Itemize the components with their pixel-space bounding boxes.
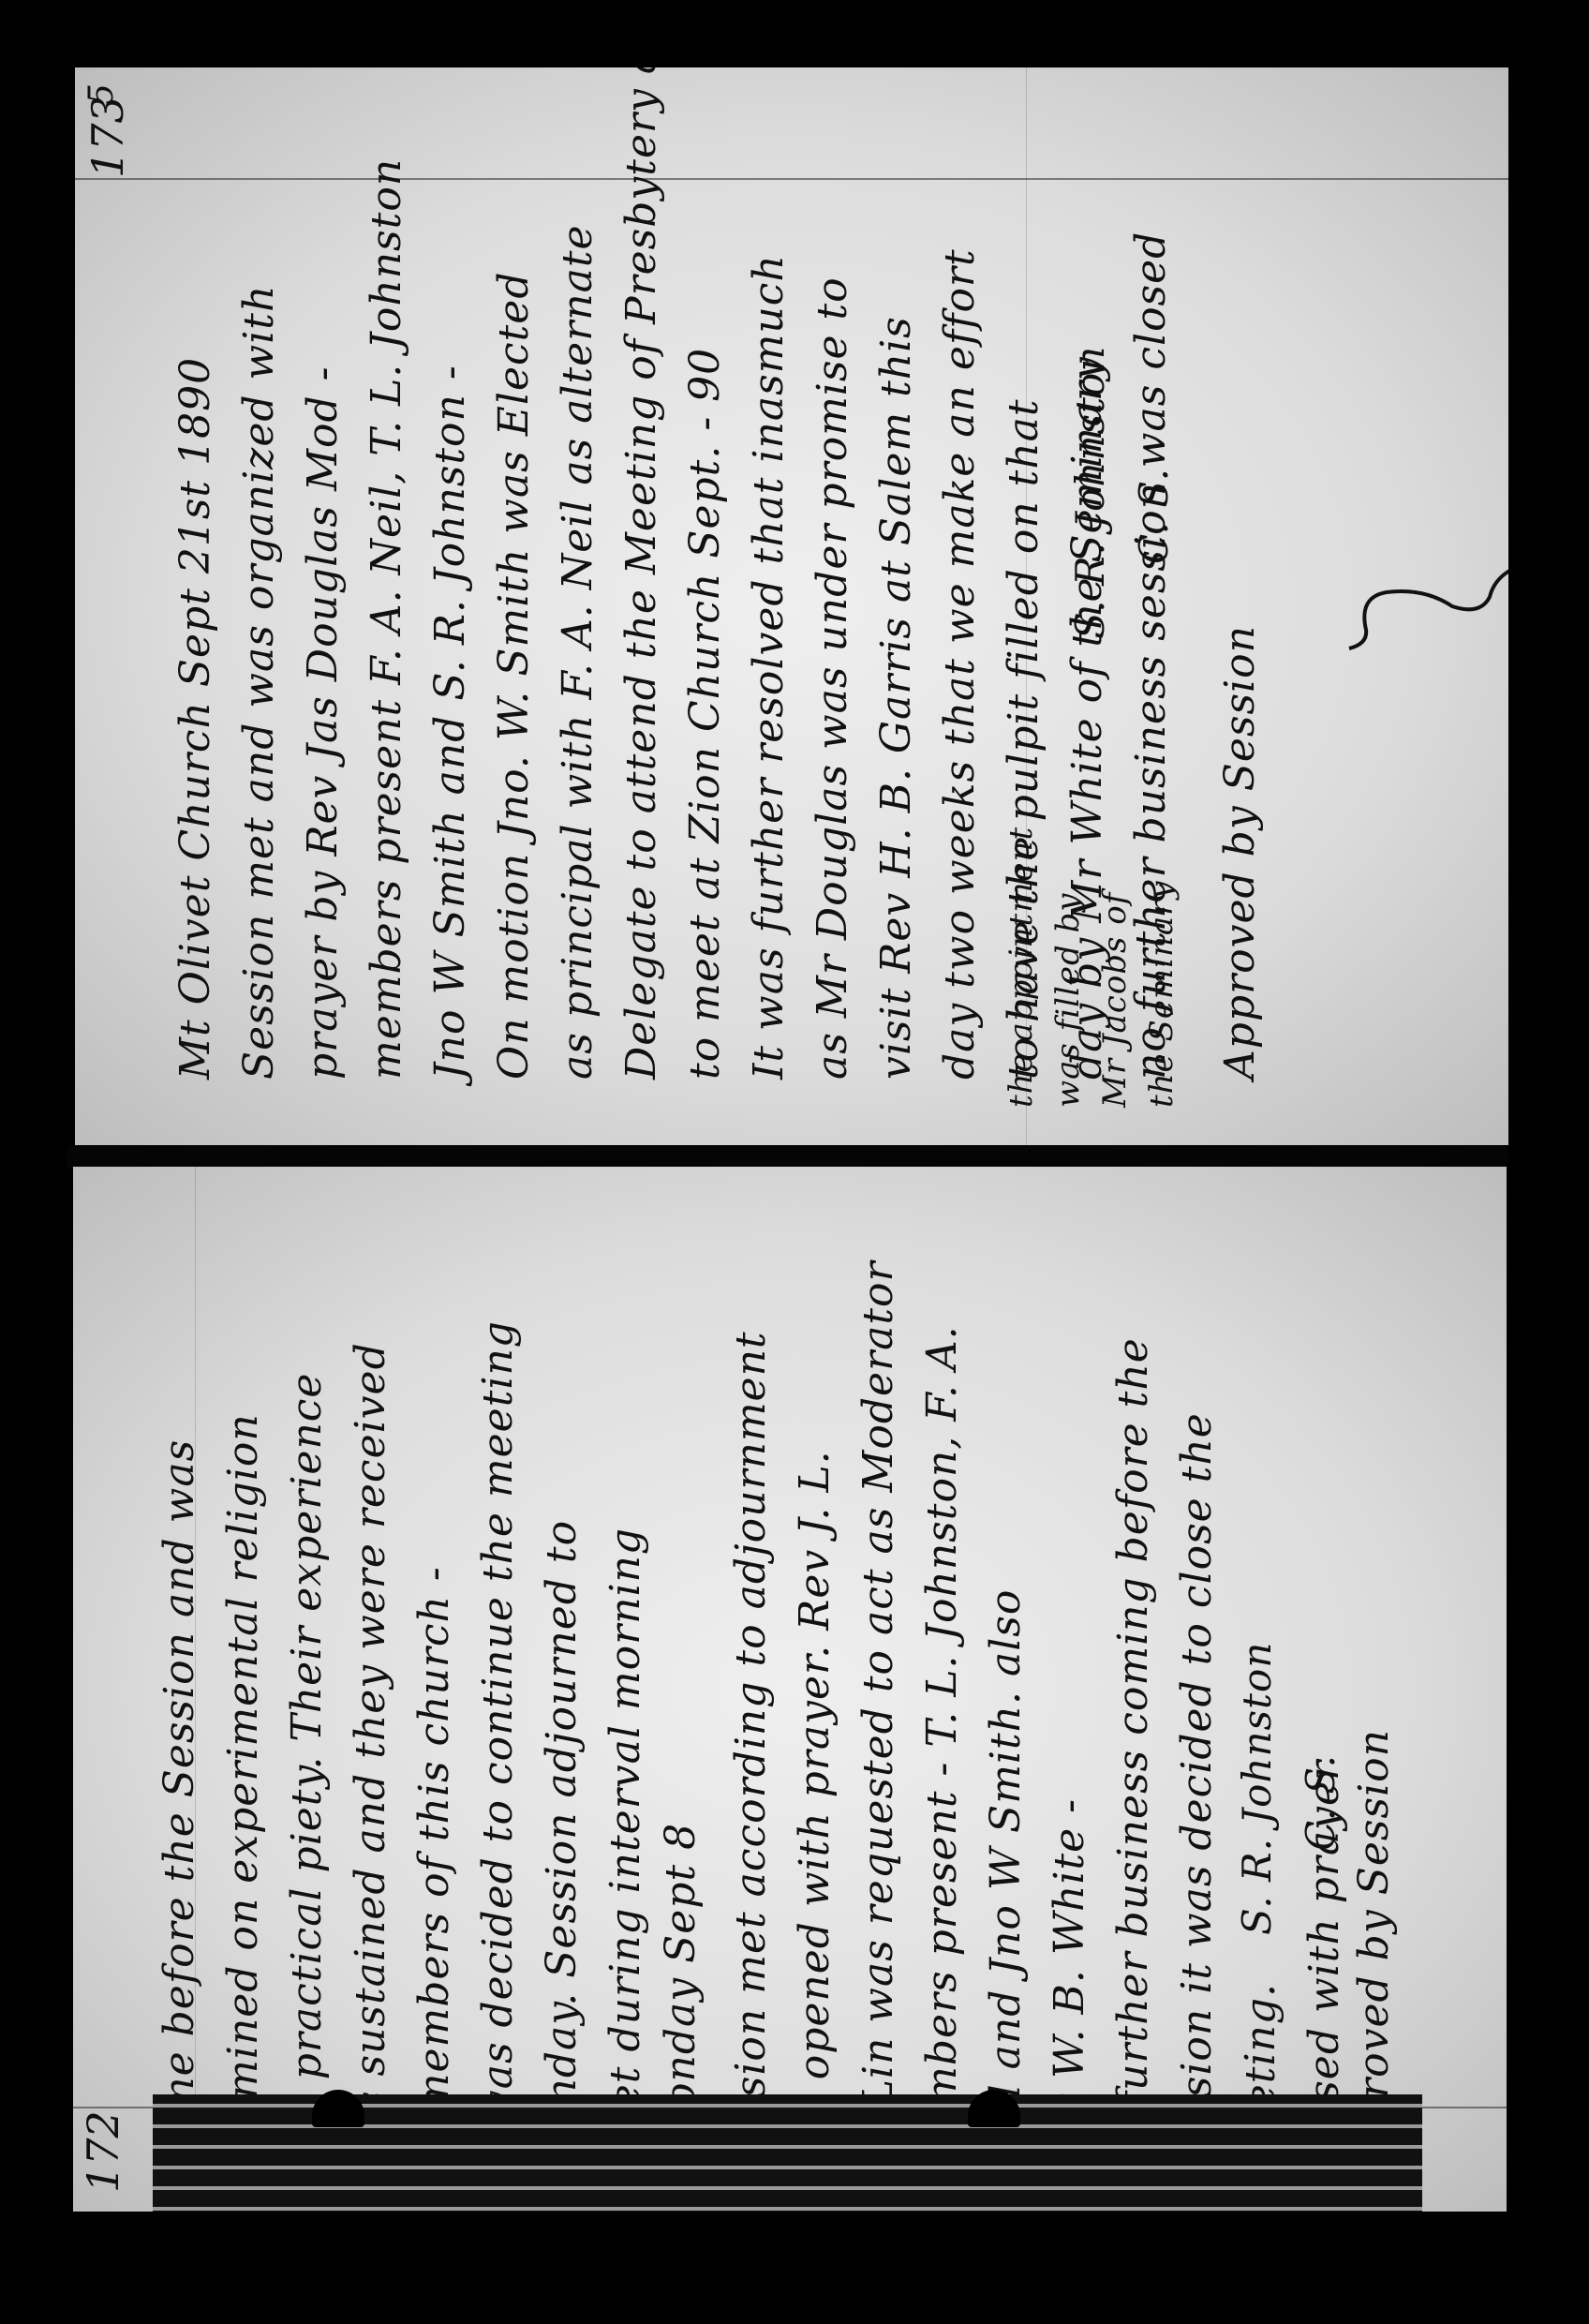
text-line: Came before the Session and was [148, 1199, 212, 2174]
text-line: Rev W. B. White - [1038, 1199, 1102, 2174]
margin-note-line: was filled by [1045, 714, 1092, 1108]
signature-block: S. R. Johnston C. S. [1225, 1560, 1353, 1935]
text-line: examined on experimental religion [212, 1199, 275, 2174]
signature-name: S. R. Johnston [1225, 1560, 1289, 1935]
page-number-text: 172 [78, 2110, 128, 2193]
text-line: members present F. A. Neil, T. L. Johnst… [355, 105, 419, 1080]
page-172: 172 Came before the Session and was exam… [73, 1167, 1507, 2212]
signature-name: S. R. Johnston [1059, 358, 1122, 639]
page-number: 172 [78, 2110, 128, 2193]
text-line: visit Rev H. B. Garris at Salem this [865, 105, 928, 1080]
margin-note-line: the Seminary [1138, 714, 1185, 1108]
text-line: Neil and Jno W Smith. also [974, 1199, 1038, 2174]
approval-note: Approved by Session [1209, 611, 1272, 1080]
text-line: Jno W Smith and S. R. Johnston - [419, 105, 483, 1080]
text-line: was sustained and they were received [339, 1199, 403, 2174]
text-line: Mt Olivet Church Sept 21st 1890 [164, 105, 228, 1080]
ink-squiggle-icon [1330, 555, 1508, 677]
text-line: meet during interval morning [594, 1199, 658, 2174]
minutes-body: Came before the Session and was examined… [148, 1199, 658, 2174]
signature-title: C. S. [1122, 358, 1186, 639]
text-line: no further business coming before the [1102, 1199, 1166, 2174]
text-line: day two weeks that we make an effort [928, 105, 992, 1080]
margin-note-line: the appointment [998, 714, 1045, 1108]
text-line: It was further resolved that inasmuch [737, 105, 801, 1080]
text-line: Delegate to attend the Meeting of Presby… [610, 105, 674, 1080]
text-line: as principal with F. A. Neil as alternat… [546, 105, 610, 1080]
text-line: Session it was decided to close the [1166, 1199, 1229, 2174]
page-173: 173 5 Mt Olivet Church Sept 21st 1890 Se… [75, 67, 1508, 1145]
text-line: and opened with prayer. Rev J. L. [783, 1199, 847, 2174]
page-number-text: 173 [82, 96, 133, 178]
text-line: prayer by Rev Jas Douglas Mod - [291, 105, 355, 1080]
text-line: McLin was requested to act as Moderator [847, 1199, 911, 2174]
text-line: as members of this church - [403, 1199, 467, 2174]
text-line: as Mr Douglas was under promise to [801, 105, 865, 1080]
approval-text: Approved by Session [1209, 611, 1272, 1080]
text-line: Session met and was organized with [228, 105, 291, 1080]
text-line: and practical piety. Their experience [275, 1199, 339, 2174]
text-line: On motion Jno. W. Smith was Elected [483, 105, 546, 1080]
margin-note-line: Mr Jacobs of [1092, 714, 1138, 1108]
text-line: Monday. Session adjourned to [530, 1199, 594, 2174]
corner-mark: 5 [82, 83, 121, 105]
corner-mark-text: 5 [82, 83, 121, 105]
signature-block: S. R. Johnston C. S. [1059, 358, 1186, 639]
text-line: Members present - T. L. Johnston, F. A. [911, 1199, 974, 2174]
text-line: It was decided to continue the meeting [467, 1199, 530, 2174]
text-line: Session met according to adjournment [720, 1199, 783, 2174]
page-number: 173 [82, 96, 133, 178]
margin-note: the appointment was filled by Mr Jacobs … [998, 714, 1185, 1108]
text-line: to meet at Zion Church Sept. - 90 [674, 105, 737, 1080]
